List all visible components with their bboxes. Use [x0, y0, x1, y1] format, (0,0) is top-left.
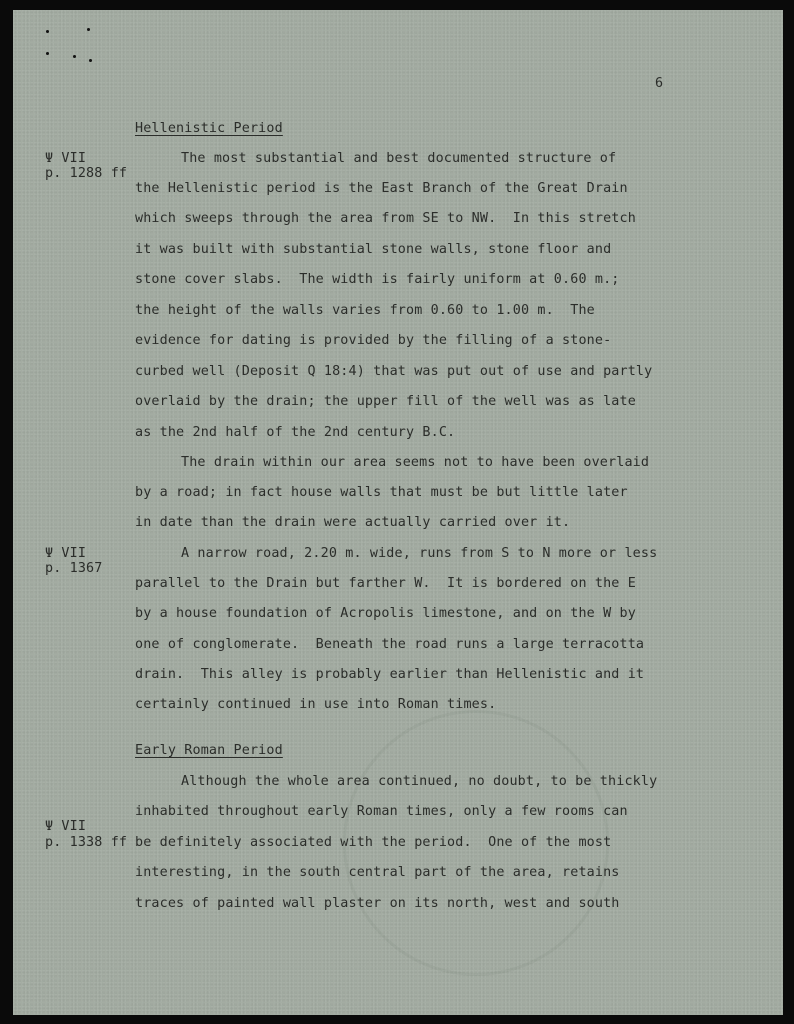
text-line: traces of painted wall plaster on its no… [135, 896, 620, 912]
text-line: Although the whole area continued, no do… [181, 774, 657, 790]
margin-note: p. 1367 [45, 561, 102, 577]
text-line: the height of the walls varies from 0.60… [135, 303, 595, 319]
punch-hole [87, 28, 90, 31]
margin-note: Ψ VII [45, 151, 86, 167]
punch-hole [46, 52, 49, 55]
text-line: in date than the drain were actually car… [135, 515, 570, 531]
punch-hole [46, 30, 49, 33]
punch-hole [89, 59, 92, 62]
text-line: as the 2nd half of the 2nd century B.C. [135, 425, 455, 441]
page-number: 6 [655, 76, 663, 92]
text-line: The most substantial and best documented… [181, 151, 616, 167]
text-line: be definitely associated with the period… [135, 835, 611, 851]
punch-hole [73, 55, 76, 58]
text-line: by a house foundation of Acropolis limes… [135, 606, 636, 622]
text-line: The drain within our area seems not to h… [181, 455, 649, 471]
text-line: the Hellenistic period is the East Branc… [135, 181, 628, 197]
text-line: stone cover slabs. The width is fairly u… [135, 272, 620, 288]
text-line: A narrow road, 2.20 m. wide, runs from S… [181, 546, 657, 562]
text-line: drain. This alley is probably earlier th… [135, 667, 644, 683]
section-heading-early-roman: Early Roman Period [135, 743, 283, 759]
text-line: interesting, in the south central part o… [135, 865, 620, 881]
text-line: overlaid by the drain; the upper fill of… [135, 394, 636, 410]
text-line: one of conglomerate. Beneath the road ru… [135, 637, 644, 653]
margin-note: Ψ VII [45, 819, 86, 835]
text-line: which sweeps through the area from SE to… [135, 211, 636, 227]
margin-note: p. 1288 ff [45, 166, 127, 182]
margin-note: Ψ VII [45, 546, 86, 562]
text-line: it was built with substantial stone wall… [135, 242, 611, 258]
text-line: certainly continued in use into Roman ti… [135, 697, 496, 713]
text-line: evidence for dating is provided by the f… [135, 333, 611, 349]
section-heading-hellenistic: Hellenistic Period [135, 121, 283, 137]
text-line: by a road; in fact house walls that must… [135, 485, 628, 501]
margin-note: p. 1338 ff [45, 835, 127, 851]
text-line: parallel to the Drain but farther W. It … [135, 576, 636, 592]
text-line: inhabited throughout early Roman times, … [135, 804, 628, 820]
text-line: curbed well (Deposit Q 18:4) that was pu… [135, 364, 652, 380]
